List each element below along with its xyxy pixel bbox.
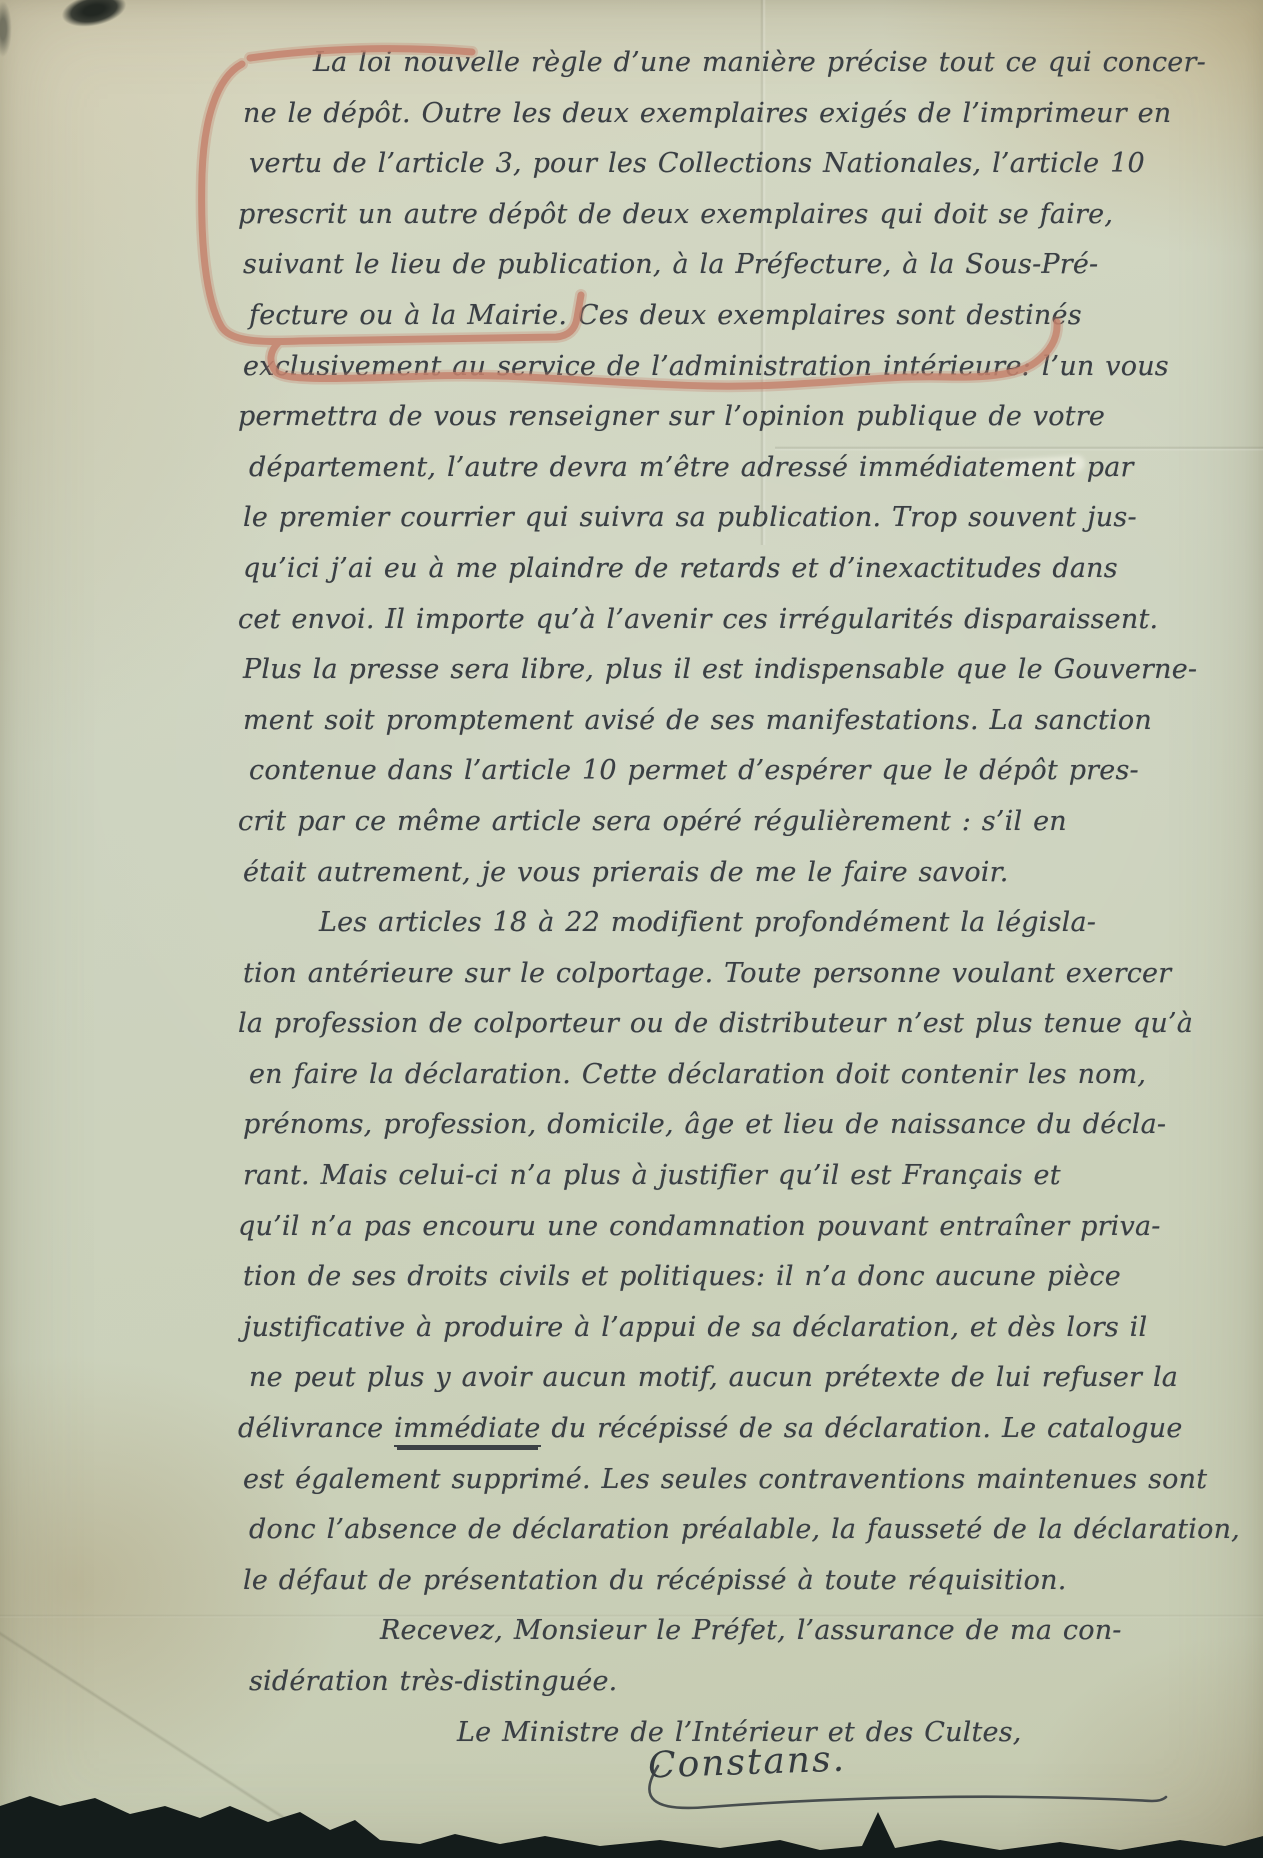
- manuscript-line: était autrement, je vous prierais de me …: [243, 848, 1183, 899]
- manuscript-line: délivrance immédiate du récépissé de sa …: [238, 1404, 1183, 1455]
- edge-smudge: [0, 0, 14, 64]
- manuscript-line: prescrit un autre dépôt de deux exemplai…: [238, 190, 1183, 241]
- manuscript-line: crit par ce même article sera opéré régu…: [238, 797, 1183, 848]
- manuscript-line: La loi nouvelle règle d’une manière préc…: [243, 38, 1183, 89]
- manuscript-line: permettra de vous renseigner sur l’opini…: [238, 392, 1183, 443]
- manuscript-line: Recevez, Monsieur le Préfet, l’assurance…: [238, 1606, 1183, 1657]
- manuscript-line: cet envoi. Il importe qu’à l’avenir ces …: [238, 595, 1183, 646]
- manuscript-line: prénoms, profession, domicile, âge et li…: [243, 1100, 1183, 1151]
- manuscript-line: le premier courrier qui suivra sa public…: [243, 493, 1183, 544]
- manuscript-line: département, l’autre devra m’être adress…: [249, 443, 1183, 494]
- underlined-word: immédiate: [394, 1413, 540, 1447]
- manuscript-line: vertu de l’article 3, pour les Collectio…: [249, 139, 1183, 190]
- photograph-background: La loi nouvelle règle d’une manière préc…: [0, 0, 1263, 1858]
- manuscript-line: en faire la déclaration. Cette déclarati…: [249, 1050, 1183, 1101]
- manuscript-line: donc l’absence de déclaration préalable,…: [249, 1505, 1183, 1556]
- signature: Constans.: [647, 1739, 846, 1787]
- manuscript-line: ment soit promptement avisé de ses manif…: [243, 696, 1183, 747]
- manuscript-line: tion de ses droits civils et politiques:…: [243, 1252, 1183, 1303]
- letter-body: La loi nouvelle règle d’une manière préc…: [243, 38, 1183, 1758]
- manuscript-line: le défaut de présentation du récépissé à…: [243, 1556, 1183, 1607]
- manuscript-line: ne le dépôt. Outre les deux exemplaires …: [243, 89, 1183, 140]
- manuscript-line: qu’il n’a pas encouru une condamnation p…: [238, 1202, 1183, 1253]
- manuscript-line: justificative à produire à l’appui de sa…: [243, 1303, 1183, 1354]
- manuscript-line: sidération très-distinguée.: [249, 1657, 1183, 1708]
- manuscript-line: ne peut plus y avoir aucun motif, aucun …: [249, 1353, 1183, 1404]
- manuscript-line: rant. Mais celui-ci n’a plus à justifier…: [243, 1151, 1183, 1202]
- manuscript-line: qu’ici j’ai eu à me plaindre de retards …: [243, 544, 1183, 595]
- manuscript-line: contenue dans l’article 10 permet d’espé…: [249, 746, 1183, 797]
- manuscript-line: est également supprimé. Les seules contr…: [243, 1455, 1183, 1506]
- manuscript-line: la profession de colporteur ou de distri…: [238, 999, 1183, 1050]
- manuscript-line: fecture ou à la Mairie. Ces deux exempla…: [249, 291, 1183, 342]
- manuscript-line: tion antérieure sur le colportage. Toute…: [243, 949, 1183, 1000]
- manuscript-line: Les articles 18 à 22 modifient profondém…: [249, 898, 1183, 949]
- manuscript-line: Plus la presse sera libre, plus il est i…: [243, 645, 1183, 696]
- manuscript-line: exclusivement au service de l’administra…: [243, 342, 1183, 393]
- ink-smudge-top-left: [49, 0, 139, 38]
- manuscript-line: suivant le lieu de publication, à la Pré…: [243, 240, 1183, 291]
